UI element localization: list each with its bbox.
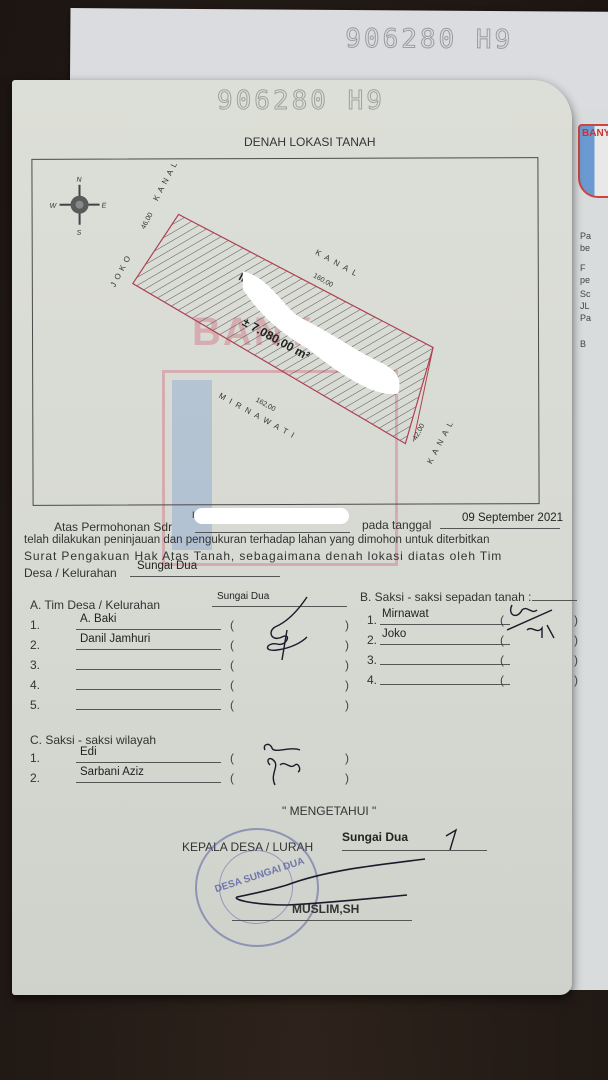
- applicant-label: Atas Permohonan Sdr: [54, 520, 172, 534]
- statement-line2: telah dilakukan peninjauan dan pengukura…: [24, 534, 489, 546]
- name-line: [76, 762, 221, 763]
- row-number: 3.: [30, 658, 40, 672]
- side-text: F: [580, 262, 586, 274]
- side-text: Pa: [580, 230, 591, 242]
- side-sheet: BANY Pa be F pe Sc JL Pa B: [566, 110, 608, 990]
- witness-name: Edi: [80, 746, 97, 758]
- signature-open-paren: (: [500, 673, 504, 687]
- name-line: [76, 782, 221, 783]
- svg-text:N: N: [76, 177, 82, 184]
- signature-close-paren: ): [574, 673, 578, 687]
- svg-text:W: W: [50, 203, 58, 210]
- name-line: [76, 629, 221, 630]
- row-number: 2.: [30, 638, 40, 652]
- statement-line1: Atas Permohonan Sdr: [54, 520, 172, 534]
- signature-team-a: [257, 592, 327, 662]
- side-logo-text: BANY: [582, 128, 608, 139]
- compass-icon: N S E W: [49, 177, 106, 237]
- signature-close-paren: ): [345, 678, 349, 692]
- svg-text:KANAL: KANAL: [151, 158, 181, 202]
- side-text: Sc: [580, 288, 591, 300]
- side-text: be: [580, 242, 590, 254]
- witness-name: A. Baki: [80, 613, 116, 625]
- signature-close-paren: ): [574, 653, 578, 667]
- head-initial-mark: [442, 828, 462, 853]
- signature-close-paren: ): [345, 698, 349, 712]
- row-number: 3.: [367, 653, 377, 667]
- side-text: pe: [580, 274, 590, 286]
- witness-name: Sarbani Aziz: [80, 766, 144, 778]
- svg-text:42,00: 42,00: [412, 423, 426, 442]
- signature-open-paren: (: [230, 751, 234, 765]
- svg-text:S: S: [77, 230, 82, 237]
- row-number: 1.: [367, 613, 377, 627]
- row-number: 1.: [30, 618, 40, 632]
- section-c-heading: C. Saksi - saksi wilayah: [30, 733, 156, 747]
- land-location-document: 906280 H9 DENAH LOKASI TANAH BANY N S E: [12, 80, 572, 995]
- village-label: Desa / Kelurahan: [24, 566, 117, 580]
- village-head-name: MUSLIM,SH: [292, 902, 359, 916]
- land-parcel: IR AREA ± 7.080,00 m²: [133, 213, 434, 444]
- serial-number: 906280 H9: [217, 86, 385, 116]
- redacted-applicant-name: [194, 508, 349, 524]
- name-line: [380, 664, 510, 665]
- svg-text:JOKO: JOKO: [109, 251, 135, 289]
- row-number: 5.: [30, 698, 40, 712]
- signature-close-paren: ): [345, 618, 349, 632]
- regency-logo: BANY: [578, 124, 608, 198]
- row-number: 1.: [30, 751, 40, 765]
- name-line: [76, 689, 221, 690]
- svg-text:KANAL: KANAL: [425, 416, 457, 466]
- svg-text:E: E: [102, 203, 107, 210]
- signature-open-paren: (: [500, 653, 504, 667]
- signature-close-paren: ): [345, 638, 349, 652]
- row-number: 4.: [30, 678, 40, 692]
- name-line: [380, 644, 510, 645]
- row-number: 2.: [30, 771, 40, 785]
- signature-open-paren: (: [230, 618, 234, 632]
- signature-close-paren: ): [345, 771, 349, 785]
- name-line: [380, 684, 510, 685]
- signature-open-paren: (: [230, 658, 234, 672]
- land-map: N S E W IR AREA ± 7.080,00 m² KANAL: [31, 157, 539, 506]
- signature-close-paren: ): [345, 658, 349, 672]
- application-date: 09 September 2021: [462, 512, 563, 524]
- side-text: JL: [580, 300, 590, 312]
- signature-open-paren: (: [230, 678, 234, 692]
- witness-name: Danil Jamhuri: [80, 633, 150, 645]
- signature-open-paren: (: [230, 698, 234, 712]
- side-text: Pa: [580, 312, 591, 324]
- signature-open-paren: (: [230, 638, 234, 652]
- acknowledgement-label: " MENGETAHUI ": [282, 804, 376, 818]
- name-line: [76, 709, 221, 710]
- background-serial-number: 906280 H9: [345, 24, 513, 55]
- witness-name: Joko: [382, 628, 406, 640]
- date-label: pada tanggal: [362, 518, 431, 532]
- statement-village: Sungai Dua: [137, 560, 197, 572]
- statement-line3: Surat Pengakuan Hak Atas Tanah, sebagaim…: [24, 549, 502, 563]
- side-text: B: [580, 338, 586, 350]
- row-number: 4.: [367, 673, 377, 687]
- village-head-village: Sungai Dua: [342, 830, 408, 844]
- svg-text:46,00: 46,00: [140, 212, 154, 231]
- document-title: DENAH LOKASI TANAH: [244, 135, 376, 149]
- signature-witness-b: [502, 600, 562, 645]
- name-line: [76, 669, 221, 670]
- witness-name: Mirnawat: [382, 608, 429, 620]
- signature-close-paren: ): [574, 613, 578, 627]
- name-line: [380, 624, 510, 625]
- signature-close-paren: ): [574, 633, 578, 647]
- signature-close-paren: ): [345, 751, 349, 765]
- section-a-heading: A. Tim Desa / Kelurahan: [30, 598, 160, 612]
- row-number: 2.: [367, 633, 377, 647]
- name-line: [76, 649, 221, 650]
- signature-witness-c: [260, 740, 310, 790]
- signature-open-paren: (: [230, 771, 234, 785]
